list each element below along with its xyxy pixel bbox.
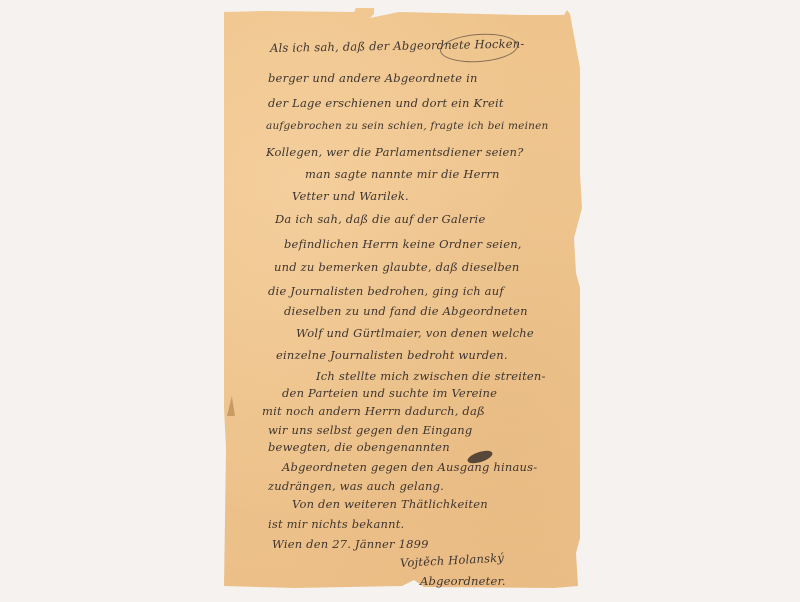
handwritten-line-9: befindlichen Herrn keine Ordner seien, [284, 237, 522, 251]
handwritten-line-3: der Lage erschienen und dort ein Kreit [268, 96, 504, 110]
handwritten-line-4: aufgebrochen zu sein schien, fragte ich … [266, 120, 549, 132]
handwritten-line-6: man sagte nannte mir die Herrn [305, 167, 500, 181]
handwritten-line-10: und zu bemerken glaubte, daß dieselben [274, 260, 520, 274]
handwritten-line-12: dieselben zu und fand die Abgeordneten [284, 304, 528, 318]
handwritten-line-2: berger und andere Abgeordnete in [268, 71, 478, 85]
handwritten-line-5: Kollegen, wer die Parlamentsdiener seien… [266, 145, 523, 159]
date-line: Wien den 27. Jänner 1899 [272, 537, 429, 551]
handwritten-line-17: mit noch andern Herrn dadurch, daß [262, 404, 485, 418]
handwritten-line-23: ist mir nichts bekannt. [268, 517, 404, 531]
handwritten-line-21: zudrängen, was auch gelang. [268, 479, 444, 493]
handwritten-line-18: wir uns selbst gegen den Eingang [268, 423, 472, 437]
handwritten-line-11: die Journalisten bedrohen, ging ich auf [268, 284, 504, 298]
photo-backdrop: Als ich sah, daß der Abgeordnete Hocken-… [0, 0, 800, 602]
handwritten-line-14: einzelne Journalisten bedroht wurden. [276, 348, 508, 362]
handwritten-line-22: Von den weiteren Thätlichkeiten [292, 497, 488, 511]
handwritten-line-13: Wolf und Gürtlmaier, von denen welche [296, 326, 534, 340]
handwritten-line-7: Vetter und Warilek. [292, 189, 409, 203]
handwritten-line-15: Ich stellte mich zwischen die streiten- [316, 369, 546, 383]
signature-title: Abgeordneter. [420, 574, 506, 588]
handwritten-line-16: den Parteien und suchte im Vereine [282, 386, 497, 400]
handwritten-line-19: bewegten, die obengenannten [268, 440, 450, 454]
handwritten-line-20: Abgeordneten gegen den Ausgang hinaus- [282, 460, 537, 474]
handwritten-line-8: Da ich sah, daß die auf der Galerie [275, 212, 485, 226]
